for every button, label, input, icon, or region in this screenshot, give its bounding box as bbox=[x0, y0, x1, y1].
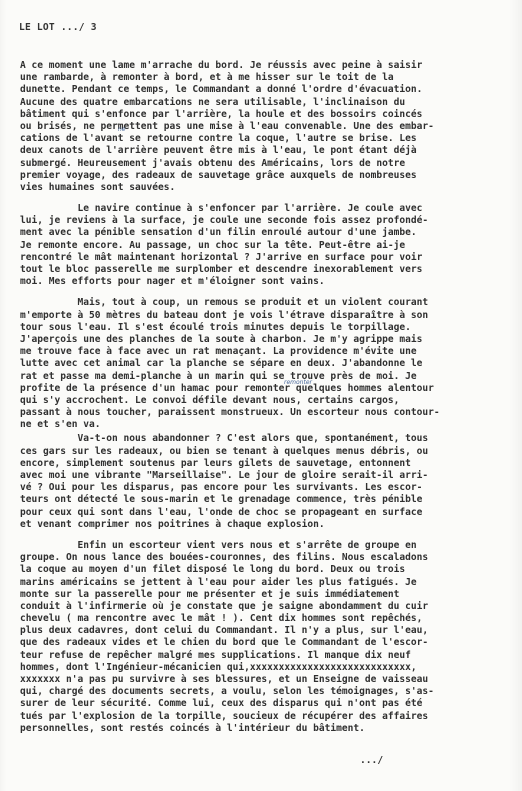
text-line: conduit à l'infirmerie où je constate qu… bbox=[20, 601, 510, 613]
document-page: LE LOT .../ 3 A ce moment une lame m'arr… bbox=[0, 0, 522, 791]
text-line: Mais, tout à coup, un remous se produit … bbox=[20, 297, 510, 309]
text-line: encore, simplement soutenus par leurs gi… bbox=[20, 458, 510, 470]
text-line: J'aperçois une des planches de la soute … bbox=[20, 334, 510, 346]
text-line: chevelu ( ma rencontre avec le mât ! ). … bbox=[20, 613, 510, 625]
text-line: hommes, dont l'Ingénieur-mécanicien qui,… bbox=[20, 662, 510, 674]
text-line: submergé. Heureusement j'avais obtenu de… bbox=[20, 158, 510, 170]
text-line: lutte avec cet animal car la planche se … bbox=[20, 358, 510, 370]
text-line: xxxxxxx n'a pas pu survivre à ses blessu… bbox=[20, 674, 510, 686]
text-line: moi. Mes efforts pour nager et m'éloigne… bbox=[20, 276, 510, 288]
text-line: marins américains se jettent à l'eau pou… bbox=[20, 577, 510, 589]
text-line: cations de l'avant se retourne contre la… bbox=[20, 133, 510, 145]
text-line: Enfin un escorteur vient vers nous et s'… bbox=[20, 540, 510, 552]
text-line: m'emporte à 50 mètres du bateau dont je … bbox=[20, 310, 510, 322]
paragraph-spacer bbox=[20, 194, 510, 203]
text-line: deux canots de l'arrière peuvent être mi… bbox=[20, 145, 510, 157]
text-line: tués par l'explosion de la torpille, sou… bbox=[20, 711, 510, 723]
text-line: Va-t-on nous abandonner ? C'est alors qu… bbox=[20, 433, 510, 445]
paragraph: Le navire continue à s'enfoncer par l'ar… bbox=[20, 203, 510, 288]
text-line: rat et passe ma demi-planche à un marin … bbox=[20, 371, 510, 383]
text-line: ces gars sur les radeaux, ou bien se ten… bbox=[20, 446, 510, 458]
paragraph: A ce moment une lame m'arrache du bord. … bbox=[20, 60, 510, 194]
text-line: A ce moment une lame m'arrache du bord. … bbox=[20, 60, 510, 72]
text-line: ne et s'en va. bbox=[20, 419, 510, 431]
paragraph: Enfin un escorteur vient vers nous et s'… bbox=[20, 540, 510, 735]
text-line: monte sur la passerelle pour me présente… bbox=[20, 589, 510, 601]
page-continuation-marker: .../ bbox=[360, 755, 383, 766]
text-line: teur refuse de repêcher malgré mes suppl… bbox=[20, 650, 510, 662]
text-line: me trouve face à face avec un rat menaça… bbox=[20, 346, 510, 358]
text-line: pour ceux qui sont dans l'eau, l'onde de… bbox=[20, 507, 510, 519]
text-line: qui, chargé des documents secrets, a vou… bbox=[20, 686, 510, 698]
paragraph: Va-t-on nous abandonner ? C'est alors qu… bbox=[20, 433, 510, 531]
text-line: tout le bloc passerelle me surplomber et… bbox=[20, 264, 510, 276]
text-line: tour sous l'eau. Il s'est écoulé trois m… bbox=[20, 322, 510, 334]
text-line: passant à nous toucher, paraissent monst… bbox=[20, 407, 510, 419]
text-line: profite de la présence d'un hamac pour r… bbox=[20, 383, 510, 395]
text-line: dunette. Pendant ce temps, le Commandant… bbox=[20, 84, 510, 96]
text-line: Le navire continue à s'enfoncer par l'ar… bbox=[20, 203, 510, 215]
text-line: vies humaines sont sauvées. bbox=[20, 182, 510, 194]
text-line: personnelles, sont restés coincés à l'in… bbox=[20, 723, 510, 735]
text-line: ment avec la pénible sensation d'un fili… bbox=[20, 227, 510, 239]
text-line: teurs ont détecté le sous-marin et le gr… bbox=[20, 494, 510, 506]
handwritten-annotation-ne: ne bbox=[118, 126, 126, 133]
text-line: vé ? Oui pour les disparus, pas encore p… bbox=[20, 482, 510, 494]
text-line: la coque au moyen d'un filet disposé le … bbox=[20, 564, 510, 576]
text-line: et venant comprimer nos poitrines à chaq… bbox=[20, 519, 510, 531]
text-line: Je remonte encore. Au passage, un choc s… bbox=[20, 240, 510, 252]
text-line: Aucune des quatre embarcations ne sera u… bbox=[20, 97, 510, 109]
document-body: A ce moment une lame m'arrache du bord. … bbox=[20, 60, 510, 735]
text-line: bâtiment qui s'enfonce par l'arrière, la… bbox=[20, 109, 510, 121]
text-line: avec moi une vibrante "Marseillaise". Le… bbox=[20, 470, 510, 482]
text-line: rencontré le mât maintenant horizontal ?… bbox=[20, 252, 510, 264]
paragraph-spacer bbox=[20, 288, 510, 297]
page-header: LE LOT .../ 3 bbox=[19, 22, 97, 33]
text-line: premier voyage, des radeaux de sauvetage… bbox=[20, 170, 510, 182]
handwritten-annotation-remonter: remonter bbox=[284, 379, 312, 386]
text-line: que des radeaux vides et le chien du bor… bbox=[20, 637, 510, 649]
text-line: groupe. On nous lance des bouées-couronn… bbox=[20, 552, 510, 564]
paragraph-spacer bbox=[20, 531, 510, 540]
paragraph: Mais, tout à coup, un remous se produit … bbox=[20, 297, 510, 431]
text-line: surer de leur sécurité. Comme lui, ceux … bbox=[20, 698, 510, 710]
text-line: qui s'y accrochent. Le convoi défile dev… bbox=[20, 395, 510, 407]
text-line: lui, je reviens à la surface, je coule u… bbox=[20, 215, 510, 227]
text-line: une rambarde, à remonter à bord, et à me… bbox=[20, 72, 510, 84]
text-line: ou brisés, ne permettent pas une mise à … bbox=[20, 121, 510, 133]
text-line: plus deux cadavres, dont celui du Comman… bbox=[20, 625, 510, 637]
